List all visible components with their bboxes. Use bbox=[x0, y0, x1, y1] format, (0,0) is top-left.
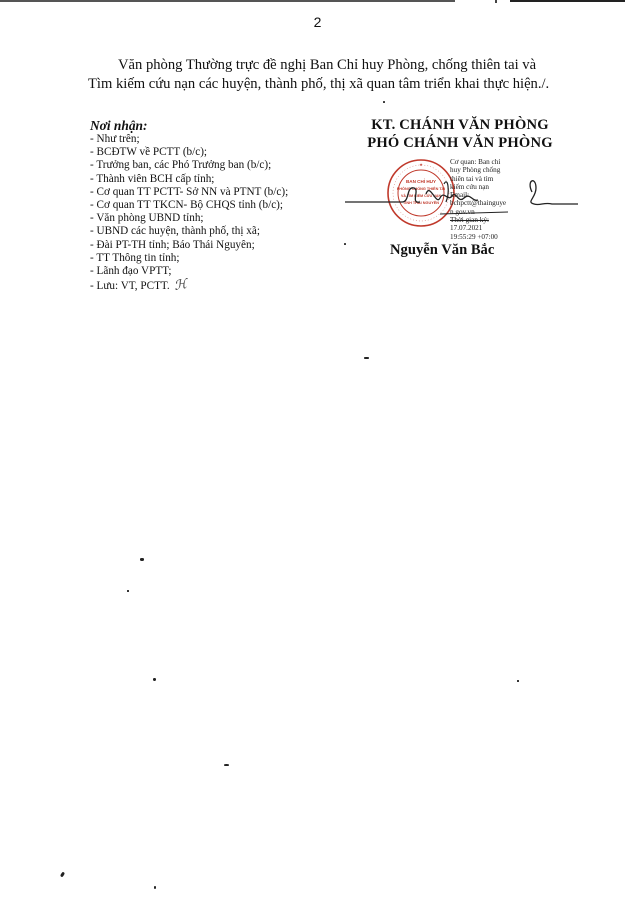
recipient-item: - Đài PT-TH tỉnh; Báo Thái Nguyên; bbox=[90, 239, 350, 252]
scan-speck bbox=[154, 886, 156, 889]
recipient-item: - BCĐTW về PCTT (b/c); bbox=[90, 146, 350, 159]
digital-sig-line: thiên tai và tìm bbox=[450, 175, 540, 183]
scan-speck bbox=[140, 558, 144, 561]
recipient-item-archive: - Lưu: VT, PCTT.ℋ bbox=[90, 278, 350, 293]
recipient-item: - UBND các huyện, thành phố, thị xã; bbox=[90, 225, 350, 238]
signature-title-line-1: KT. CHÁNH VĂN PHÒNG bbox=[340, 117, 580, 134]
scan-speck bbox=[153, 678, 156, 681]
digital-signature-info: Cơ quan: Ban chỉ huy Phòng chống thiên t… bbox=[450, 158, 540, 241]
recipient-item: - Cơ quan TT TKCN- Bộ CHQS tỉnh (b/c); bbox=[90, 199, 350, 212]
digital-sig-email: n.gov.vn bbox=[450, 208, 540, 216]
scan-border-left bbox=[0, 0, 455, 2]
scan-border-right bbox=[510, 0, 625, 2]
digital-sig-time: 19:55:29 +07:00 bbox=[450, 233, 540, 241]
recipient-item: - Như trên; bbox=[90, 133, 350, 146]
body-line-2: Tìm kiếm cứu nạn các huyện, thành phố, t… bbox=[88, 75, 588, 94]
handwritten-initials: ℋ bbox=[173, 277, 188, 292]
body-paragraph: Văn phòng Thường trực đề nghị Ban Chỉ hu… bbox=[88, 56, 588, 93]
recipient-item: - Thành viên BCH cấp tỉnh; bbox=[90, 173, 350, 186]
digital-sig-line: Cơ quan: Ban chỉ bbox=[450, 158, 540, 166]
recipient-item: - Lãnh đạo VPTT; bbox=[90, 265, 350, 278]
digital-sig-line: Email: bbox=[450, 191, 540, 199]
recipient-item: - Trưởng ban, các Phó Trưởng ban (b/c); bbox=[90, 159, 350, 172]
recipient-item-text: - Lưu: VT, PCTT. bbox=[90, 280, 170, 292]
scan-speck bbox=[517, 680, 519, 682]
page-number: 2 bbox=[0, 14, 635, 30]
recipients-block: Nơi nhận: - Như trên; - BCĐTW về PCTT (b… bbox=[90, 119, 350, 293]
svg-text:★: ★ bbox=[419, 162, 423, 167]
scan-speck bbox=[364, 357, 369, 359]
digital-sig-line: kiếm cứu nạn bbox=[450, 183, 540, 191]
signer-name: Nguyễn Văn Bắc bbox=[390, 242, 494, 259]
digital-sig-line: huy Phòng chống bbox=[450, 166, 540, 174]
scan-speck bbox=[383, 101, 385, 103]
scan-mark bbox=[495, 0, 497, 3]
recipient-item: - Cơ quan TT PCTT- Sở NN và PTNT (b/c); bbox=[90, 186, 350, 199]
recipient-item: - Văn phòng UBND tỉnh; bbox=[90, 212, 350, 225]
digital-sig-line: Thời gian ký: bbox=[450, 216, 540, 224]
recipient-item: - TT Thông tin tỉnh; bbox=[90, 252, 350, 265]
scan-speck bbox=[60, 872, 65, 878]
recipients-heading: Nơi nhận: bbox=[90, 119, 350, 133]
scan-speck bbox=[127, 590, 129, 592]
scan-speck bbox=[344, 243, 346, 245]
digital-sig-date: 17.07.2021 bbox=[450, 224, 540, 232]
body-line-1: Văn phòng Thường trực đề nghị Ban Chỉ hu… bbox=[88, 56, 588, 75]
scan-speck bbox=[224, 764, 229, 766]
digital-sig-email: bchpctt@thainguye bbox=[450, 199, 540, 207]
signature-title-line-2: PHÓ CHÁNH VĂN PHÒNG bbox=[340, 135, 580, 152]
